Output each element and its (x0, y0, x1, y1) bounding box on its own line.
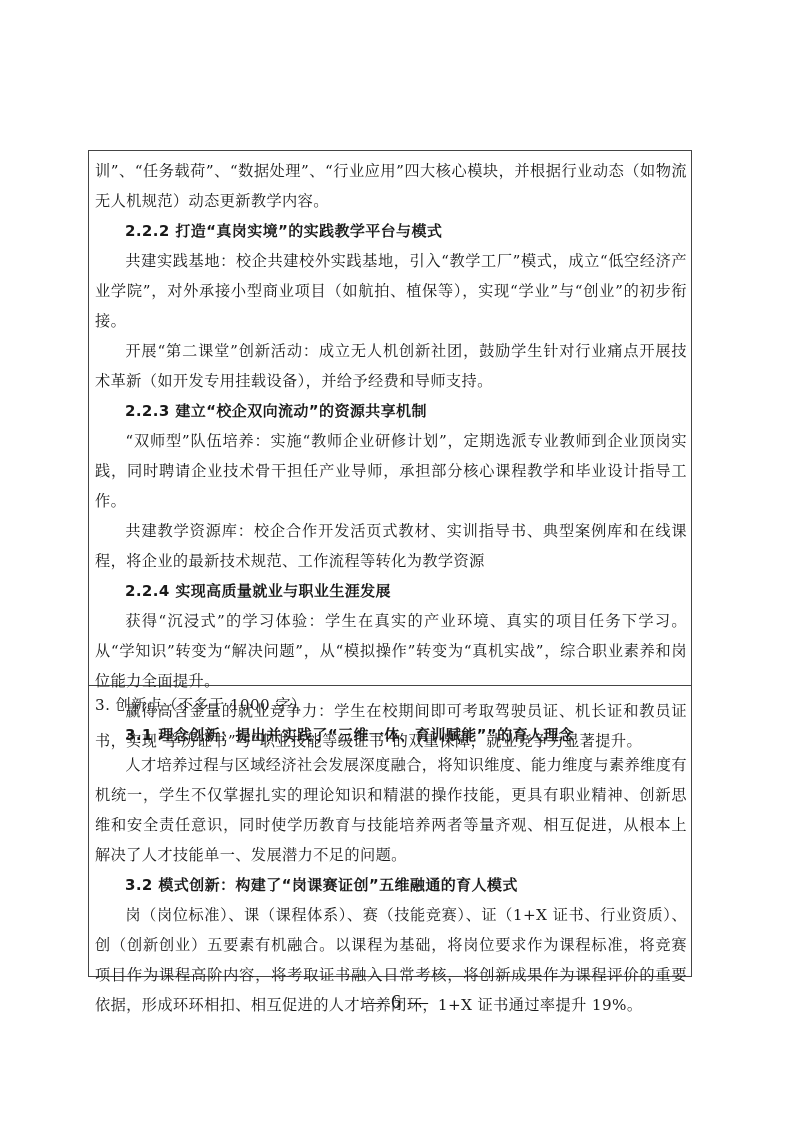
table-cell-section-2: 训”、“任务载荷”、“数据处理”、“行业应用”四大核心模块，并根据行业动态（如物… (89, 151, 691, 686)
paragraph: 共建教学资源库：校企合作开发活页式教材、实训指导书、典型案例库和在线课程，将企业… (95, 516, 687, 576)
paragraph: 获得“沉浸式”的学习体验：学生在真实的产业环境、真实的项目任务下学习。从“学知识… (95, 606, 687, 696)
paragraph: 开展“第二课堂”创新活动：成立无人机创新社团，鼓励学生针对行业痛点开展技术革新（… (95, 336, 687, 396)
heading-2-2-2: 2.2.2 打造“真岗实境”的实践教学平台与模式 (95, 216, 687, 246)
heading-2-2-3: 2.2.3 建立“校企双向流动”的资源共享机制 (95, 396, 687, 426)
paragraph: 共建实践基地：校企共建校外实践基地，引入“教学工厂”模式，成立“低空经济产业学院… (95, 246, 687, 336)
page-number: — 6 — (0, 991, 793, 1014)
heading-3-1: 3.1 理念创新：提出并实践了“三维一体、育训赋能””的育人理念 (95, 720, 687, 750)
paragraph: “双师型”队伍培养：实施“教师企业研修计划”，定期选派专业教师到企业顶岗实践，同… (95, 426, 687, 516)
content-table: 训”、“任务载荷”、“数据处理”、“行业应用”四大核心模块，并根据行业动态（如物… (88, 150, 692, 977)
paragraph: 训”、“任务载荷”、“数据处理”、“行业应用”四大核心模块，并根据行业动态（如物… (95, 156, 687, 216)
paragraph: 人才培养过程与区域经济社会发展深度融合，将知识维度、能力维度与素养维度有机统一，… (95, 750, 687, 870)
heading-3-2: 3.2 模式创新：构建了“岗课赛证创”五维融通的育人模式 (95, 870, 687, 900)
heading-2-2-4: 2.2.4 实现高质量就业与职业生涯发展 (95, 576, 687, 606)
table-cell-section-3: 3. 创新点（不多于 1000 字） 3.1 理念创新：提出并实践了“三维一体、… (89, 686, 691, 976)
section-title: 3. 创新点（不多于 1000 字） (95, 690, 687, 720)
